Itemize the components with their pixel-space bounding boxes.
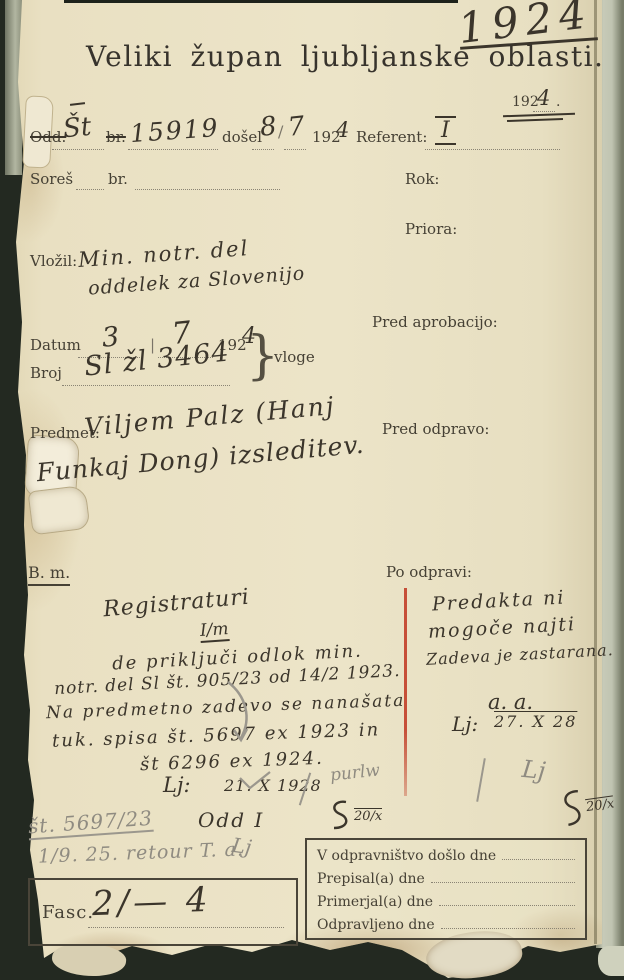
paraph-flourish-icon (328, 798, 354, 832)
dispatch-row-label: Primerjal(a) dne (317, 894, 433, 910)
po-odpravi-label: Po odpravi: (386, 563, 472, 581)
year-line-written: 4 (537, 86, 550, 110)
fasc-value: 2/— 4 (91, 880, 212, 924)
number-written: 15919 (129, 113, 220, 148)
dotted-line (252, 148, 274, 150)
scanned-document: 1924 Veliki župan ljubljanske oblasti. 1… (0, 0, 624, 980)
dotted-line (284, 148, 306, 150)
dotted-line (52, 148, 104, 150)
dispatch-box: V odpravništvo došlo dne Prepisal(a) dne… (305, 838, 587, 940)
pred-aprobacijo-label: Pred aprobacijo: (372, 313, 498, 331)
referent-written: I (435, 116, 456, 145)
pencil-down-arrow-icon (222, 680, 258, 750)
dosel-label: došel (222, 128, 262, 146)
paraph-flourish-icon (557, 786, 588, 829)
dosel-day: 8 (258, 111, 278, 143)
dotted-line (431, 881, 575, 883)
vlozil-label: Vložil: (30, 252, 77, 270)
odd-written: Št (62, 112, 93, 144)
rnote-pencil-mark: Lj (521, 755, 547, 785)
paraph-right: 20/x (557, 782, 616, 829)
referent-label: Referent: (356, 128, 427, 146)
datum-label: Datum (30, 336, 81, 354)
pencil-lj: Lj (230, 833, 253, 859)
paraph-left: 20/x (328, 798, 382, 832)
year-line-printed: 192 (512, 94, 539, 110)
dotted-line (76, 188, 104, 190)
bm-label: B. m. (28, 563, 70, 586)
dotted-line (439, 904, 575, 906)
dotted-line (425, 148, 560, 150)
sores-br-label: br. (108, 170, 128, 188)
dotted-line (62, 384, 230, 386)
odd-note: Odd I (198, 808, 264, 832)
note-line2: I/m (199, 619, 229, 643)
pred-odpravo-label: Pred odpravo: (382, 420, 489, 438)
year-line-dot: . (556, 94, 560, 110)
dosel-month: 7 (286, 111, 306, 143)
dosel-sep: / (278, 122, 283, 141)
rnote-aa: a. a. (488, 690, 533, 714)
dotted-line (502, 858, 575, 860)
dotted-line (533, 110, 555, 112)
broj-label: Broj (30, 364, 62, 382)
torn-fold (28, 485, 91, 536)
pencil-check-arrow-icon (238, 770, 272, 792)
top-scan-line (64, 0, 458, 3)
dotted-line (88, 926, 284, 928)
odd-label: Odd. (30, 128, 66, 146)
rok-label: Rok: (405, 170, 439, 188)
note-lj: Lj: (163, 773, 191, 797)
paper-fragment (598, 946, 624, 976)
br-label: br. (106, 128, 126, 146)
fasc-label: Fasc. (42, 902, 94, 923)
dosel-year-written: 4 (336, 118, 349, 142)
rnote-lj: Lj: (452, 712, 478, 736)
dotted-line (128, 148, 218, 150)
fasc-box: Fasc. 2/— 4 (28, 878, 298, 946)
paraph-right-text: 20/x (585, 795, 615, 815)
dispatch-row-label: V odpravništvo došlo dne (317, 848, 496, 864)
paraph-left-text: 20/x (354, 808, 382, 824)
dotted-line (135, 188, 280, 190)
dotted-line (441, 927, 575, 929)
vloge-label: vloge (274, 348, 315, 366)
dispatch-row-label: Odpravljeno dne (317, 917, 435, 933)
priora-label: Priora: (405, 220, 457, 238)
sores-label: Soreš (30, 170, 73, 188)
page-title: Veliki župan ljubljanske oblasti. (86, 40, 604, 73)
dispatch-row-label: Prepisal(a) dne (317, 871, 425, 887)
rnote-date: 27. X 28 (494, 712, 577, 731)
